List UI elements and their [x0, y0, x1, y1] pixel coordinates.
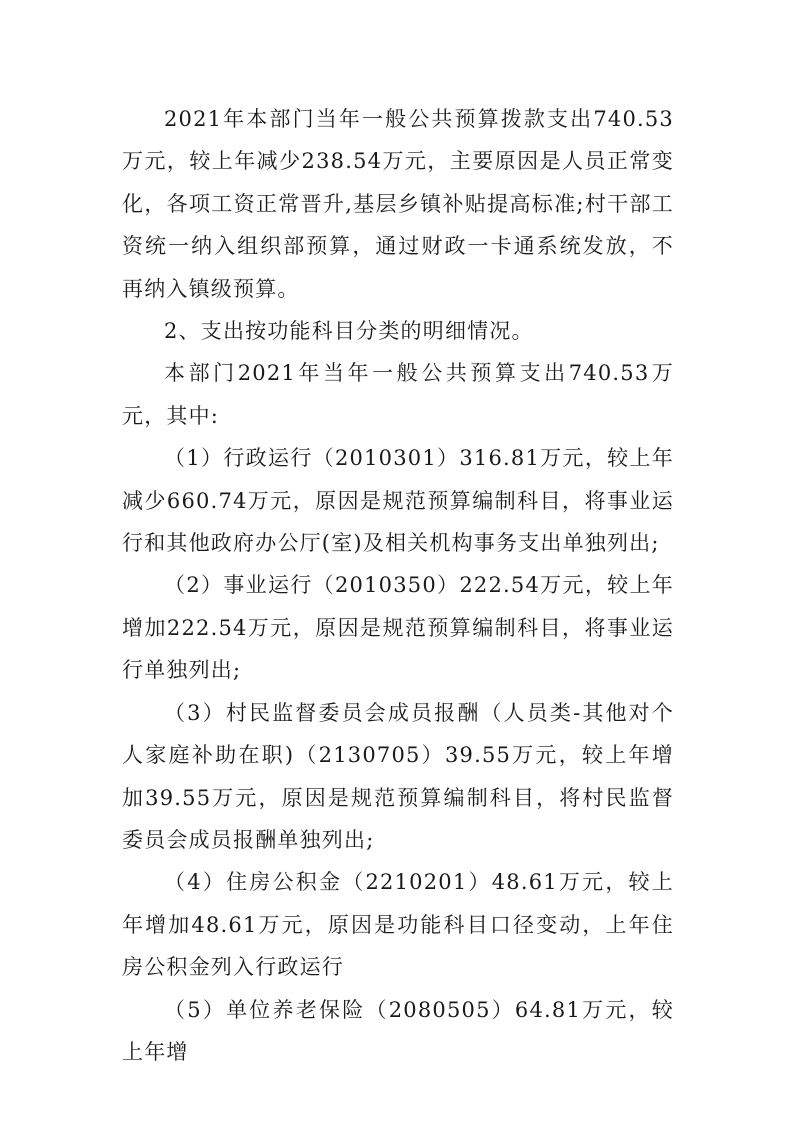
document-page: 2021年本部门当年一般公共预算拨款支出740.53万元，较上年减少238.54…: [122, 98, 674, 1073]
paragraph-item-2: （2）事业运行（2010350）222.54万元，较上年增加222.54万元，原…: [122, 564, 674, 691]
paragraph-item-4: （4）住房公积金（2210201）48.61万元，较上年增加48.61万元，原因…: [122, 861, 674, 988]
paragraph-budget-summary: 2021年本部门当年一般公共预算拨款支出740.53万元，较上年减少238.54…: [122, 98, 674, 310]
paragraph-expenditure-total: 本部门2021年当年一般公共预算支出740.53万元，其中:: [122, 352, 674, 437]
paragraph-section-heading: 2、支出按功能科目分类的明细情况。: [122, 310, 674, 352]
paragraph-item-1: （1）行政运行（2010301）316.81万元，较上年减少660.74万元，原…: [122, 437, 674, 564]
paragraph-item-5: （5）单位养老保险（2080505）64.81万元，较上年增: [122, 989, 674, 1074]
paragraph-item-3: （3）村民监督委员会成员报酬（人员类-其他对个人家庭补助在职)（2130705）…: [122, 692, 674, 862]
